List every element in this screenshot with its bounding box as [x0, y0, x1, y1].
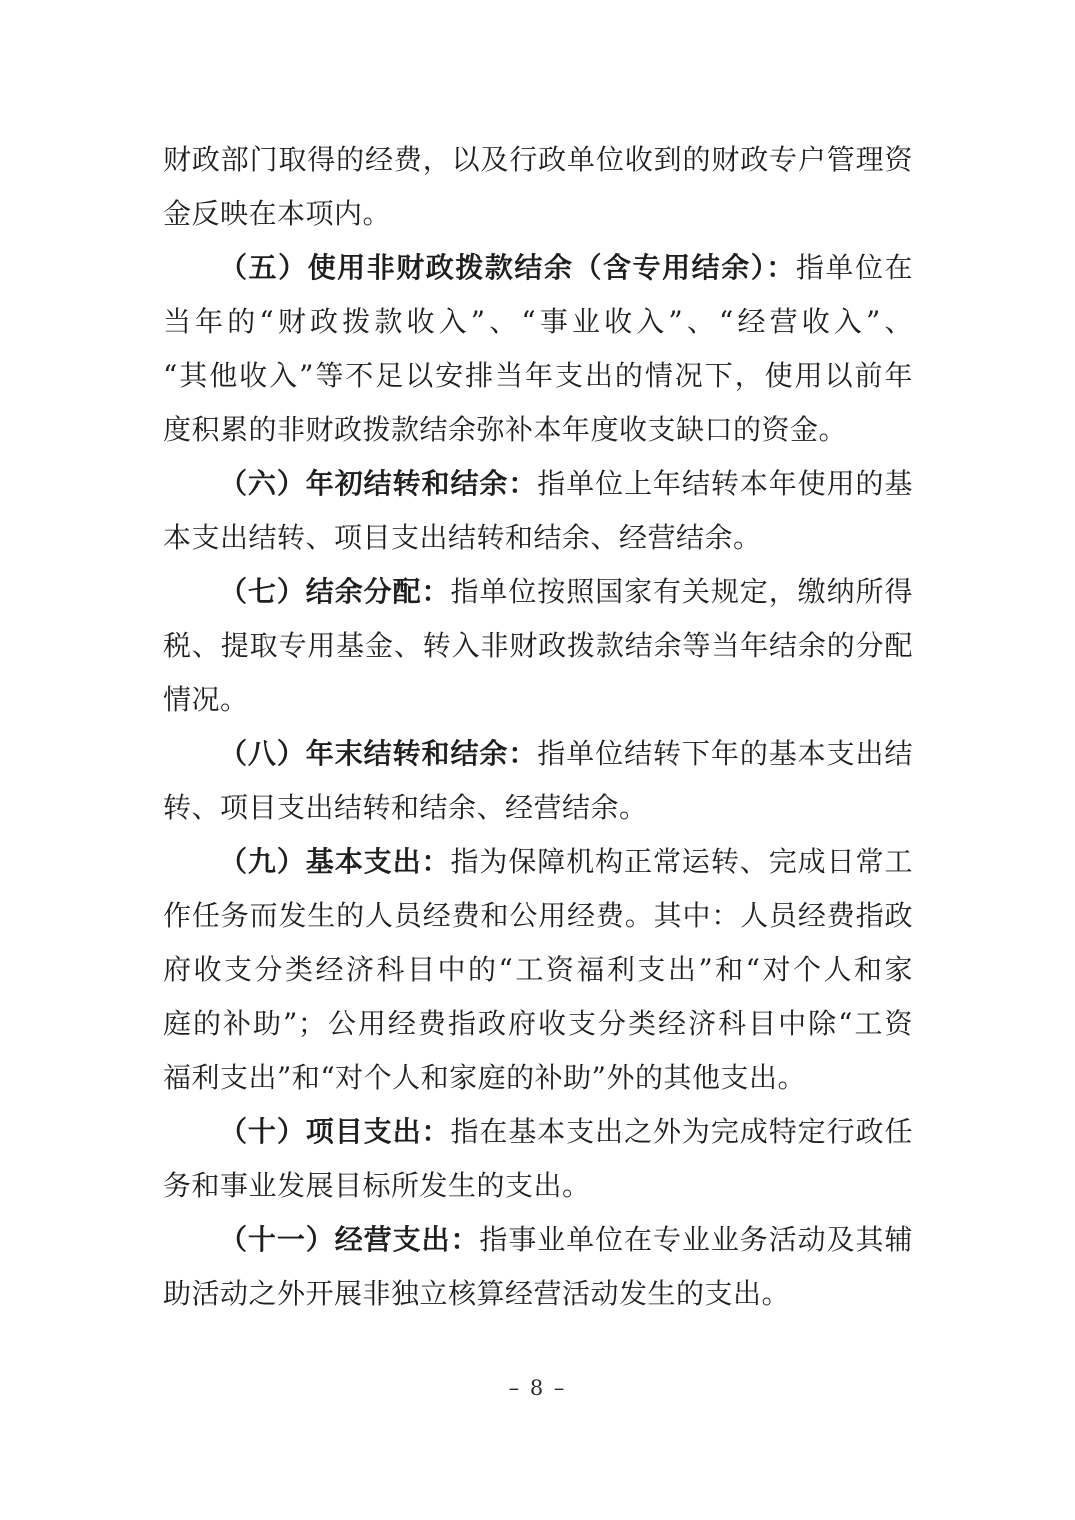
line-text: 情况。	[163, 683, 249, 716]
line-bold: （九）基本支出：	[219, 845, 450, 878]
text-line-heading-9: （九）基本支出：指为保障机构正常运转、完成日常工	[163, 835, 913, 889]
text-line: 庭的补助”；公用经费指政府收支分类经济科目中除“工资	[163, 997, 913, 1051]
line-text: 转、项目支出结转和结余、经营结余。	[163, 791, 648, 824]
text-line-heading-6: （六）年初结转和结余：指单位上年结转本年使用的基	[163, 457, 913, 511]
page-number: – 8 –	[0, 1372, 1075, 1404]
text-line: 助活动之外开展非独立核算经营活动发生的支出。	[163, 1267, 913, 1321]
text-line: 务和事业发展目标所发生的支出。	[163, 1159, 913, 1213]
line-text: 金反映在本项内。	[163, 197, 391, 230]
text-line-heading-10: （十）项目支出：指在基本支出之外为完成特定行政任	[163, 1105, 913, 1159]
line-bold: （五）使用非财政拨款结余（含专用结余）：	[219, 251, 796, 284]
line-text: 当年的“财政拨款收入”、“事业收入”、“经营收入”、	[163, 305, 913, 338]
line-text: 指事业单位在专业业务活动及其辅	[479, 1223, 913, 1256]
line-bold: （十一）经营支出：	[219, 1223, 479, 1256]
line-bold: （七）结余分配：	[219, 575, 450, 608]
line-bold: （十）项目支出：	[219, 1115, 450, 1148]
text-line: 福利支出”和“对个人和家庭的补助”外的其他支出。	[163, 1051, 913, 1105]
line-text: 福利支出”和“对个人和家庭的补助”外的其他支出。	[163, 1061, 806, 1094]
line-bold: （八）年末结转和结余：	[219, 737, 537, 770]
line-text: 庭的补助”；公用经费指政府收支分类经济科目中除“工资	[163, 1007, 913, 1040]
text-line: 转、项目支出结转和结余、经营结余。	[163, 781, 913, 835]
text-line: 府收支分类经济科目中的“工资福利支出”和“对个人和家	[163, 943, 913, 997]
line-text: 助活动之外开展非独立核算经营活动发生的支出。	[163, 1277, 790, 1310]
text-line-heading-5: （五）使用非财政拨款结余（含专用结余）：指单位在	[163, 241, 913, 295]
text-line: 本支出结转、项目支出结转和结余、经营结余。	[163, 511, 913, 565]
text-line: 度积累的非财政拨款结余弥补本年度收支缺口的资金。	[163, 403, 913, 457]
line-text: 指单位上年结转本年使用的基	[537, 467, 913, 500]
line-text: 指单位按照国家有关规定，缴纳所得	[450, 575, 913, 608]
line-text: 务和事业发展目标所发生的支出。	[163, 1169, 591, 1202]
line-text: 税、提取专用基金、转入非财政拨款结余等当年结余的分配	[163, 629, 913, 662]
text-line: 当年的“财政拨款收入”、“事业收入”、“经营收入”、	[163, 295, 913, 349]
text-line: 税、提取专用基金、转入非财政拨款结余等当年结余的分配	[163, 619, 913, 673]
text-line: 金反映在本项内。	[163, 187, 913, 241]
line-text: 指在基本支出之外为完成特定行政任	[450, 1115, 913, 1148]
line-text: 指单位在	[796, 251, 913, 284]
body-text: 财政部门取得的经费，以及行政单位收到的财政专户管理资 金反映在本项内。 （五）使…	[163, 133, 913, 1321]
document-page: 财政部门取得的经费，以及行政单位收到的财政专户管理资 金反映在本项内。 （五）使…	[0, 0, 1075, 1520]
text-line-heading-7: （七）结余分配：指单位按照国家有关规定，缴纳所得	[163, 565, 913, 619]
text-line: 作任务而发生的人员经费和公用经费。其中：人员经费指政	[163, 889, 913, 943]
line-bold: （六）年初结转和结余：	[219, 467, 537, 500]
text-line: “其他收入”等不足以安排当年支出的情况下，使用以前年	[163, 349, 913, 403]
text-line: 财政部门取得的经费，以及行政单位收到的财政专户管理资	[163, 133, 913, 187]
text-line-heading-8: （八）年末结转和结余：指单位结转下年的基本支出结	[163, 727, 913, 781]
line-text: 指单位结转下年的基本支出结	[537, 737, 913, 770]
line-text: 指为保障机构正常运转、完成日常工	[450, 845, 913, 878]
line-text: 本支出结转、项目支出结转和结余、经营结余。	[163, 521, 762, 554]
line-text: 府收支分类经济科目中的“工资福利支出”和“对个人和家	[163, 953, 913, 986]
text-line-heading-11: （十一）经营支出：指事业单位在专业业务活动及其辅	[163, 1213, 913, 1267]
line-text: 作任务而发生的人员经费和公用经费。其中：人员经费指政	[163, 899, 913, 932]
line-text: “其他收入”等不足以安排当年支出的情况下，使用以前年	[163, 359, 913, 392]
line-text: 度积累的非财政拨款结余弥补本年度收支缺口的资金。	[163, 413, 847, 446]
line-text: 财政部门取得的经费，以及行政单位收到的财政专户管理资	[163, 143, 913, 176]
text-line: 情况。	[163, 673, 913, 727]
